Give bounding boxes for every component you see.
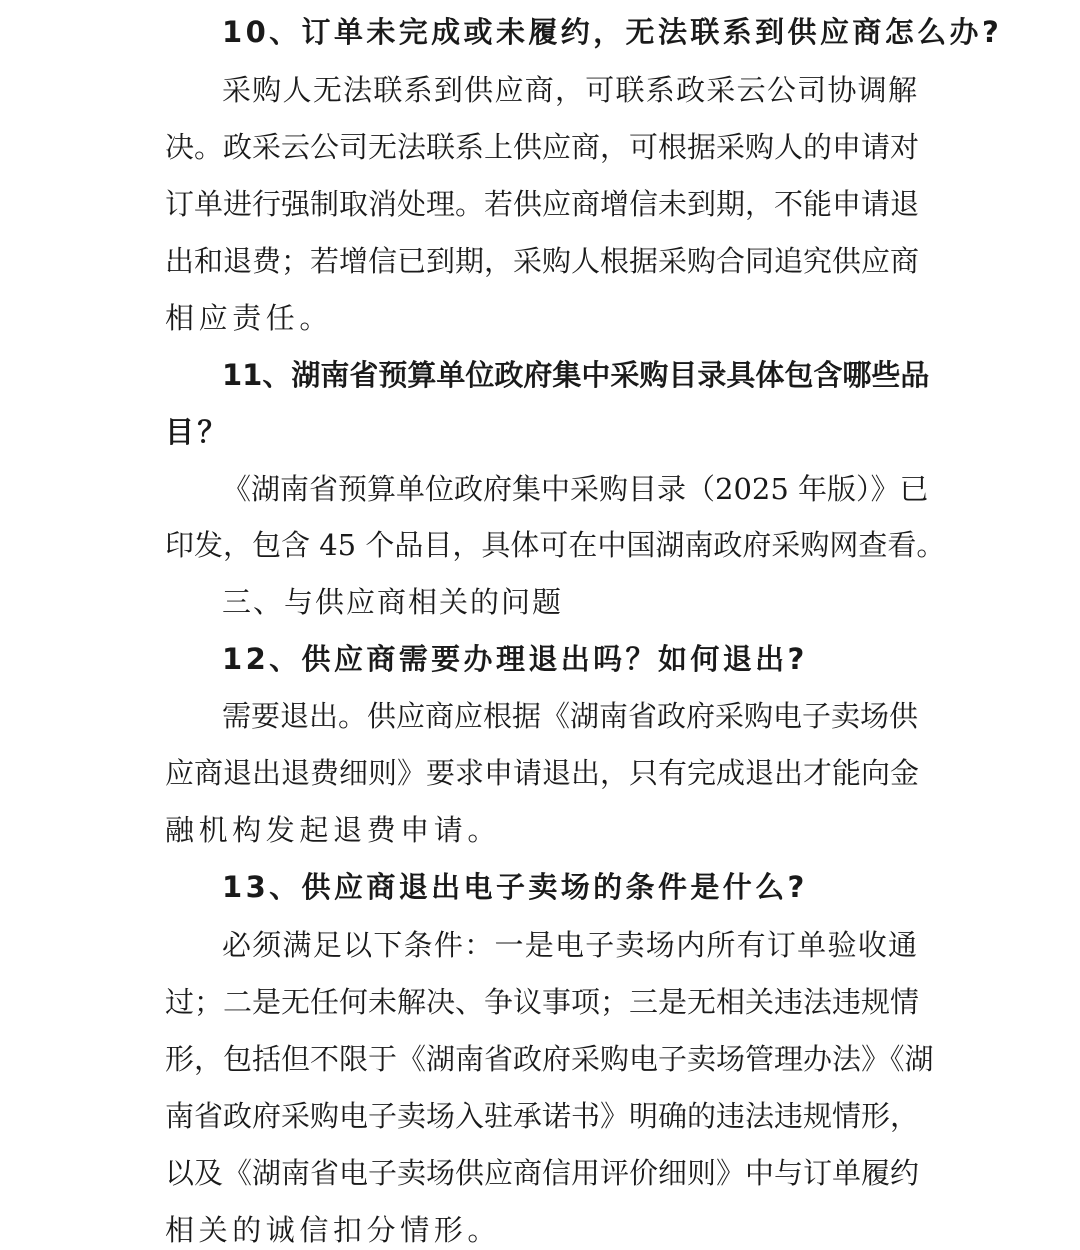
question-12-answer-line-2: 应商退出退费细则》要求申请退出，只有完成退出才能向金 (165, 756, 917, 790)
question-11-title-line-1: 11、湖南省预算单位政府集中采购目录具体包含哪些品 (222, 358, 917, 392)
question-12-title: 12、供应商需要办理退出吗？如何退出? (222, 642, 917, 676)
question-11-answer-line-2: 印发，包含 45 个品目，具体可在中国湖南政府采购网查看。 (165, 528, 917, 562)
question-13-answer-line-3: 形，包括但不限于《湖南省政府采购电子卖场管理办法》《湖 (165, 1042, 917, 1076)
question-12-answer-line-1: 需要退出。供应商应根据《湖南省政府采购电子卖场供 (222, 699, 917, 733)
question-13-answer-line-2: 过；二是无任何未解决、争议事项；三是无相关违法违规情 (165, 985, 917, 1019)
question-13-answer-line-5: 以及《湖南省电子卖场供应商信用评价细则》中与订单履约 (165, 1156, 917, 1190)
question-13-answer-line-1: 必须满足以下条件：一是电子卖场内所有订单验收通 (222, 928, 917, 962)
question-11-title-line-2: 目？ (165, 415, 917, 449)
section-3-heading: 三、与供应商相关的问题 (222, 585, 917, 619)
question-13-title: 13、供应商退出电子卖场的条件是什么? (222, 870, 917, 904)
question-12-answer-line-3: 融机构发起退费申请。 (165, 813, 917, 847)
question-10-title: 10、订单未完成或未履约，无法联系到供应商怎么办? (222, 15, 917, 49)
question-10-answer-line-2: 决。政采云公司无法联系上供应商，可根据采购人的申请对 (165, 130, 917, 164)
question-10-answer-line-4: 出和退费；若增信已到期，采购人根据采购合同追究供应商 (165, 244, 917, 278)
question-10-answer-line-1: 采购人无法联系到供应商，可联系政采云公司协调解 (222, 73, 917, 107)
question-10-answer-line-5: 相应责任。 (165, 301, 917, 335)
question-10-answer-line-3: 订单进行强制取消处理。若供应商增信未到期，不能申请退 (165, 187, 917, 221)
question-13-answer-line-4: 南省政府采购电子卖场入驻承诺书》明确的违法违规情形， (165, 1099, 917, 1133)
question-13-answer-line-6: 相关的诚信扣分情形。 (165, 1213, 917, 1247)
question-11-answer-line-1: 《湖南省预算单位政府集中采购目录（2025 年版）》已 (222, 472, 917, 506)
